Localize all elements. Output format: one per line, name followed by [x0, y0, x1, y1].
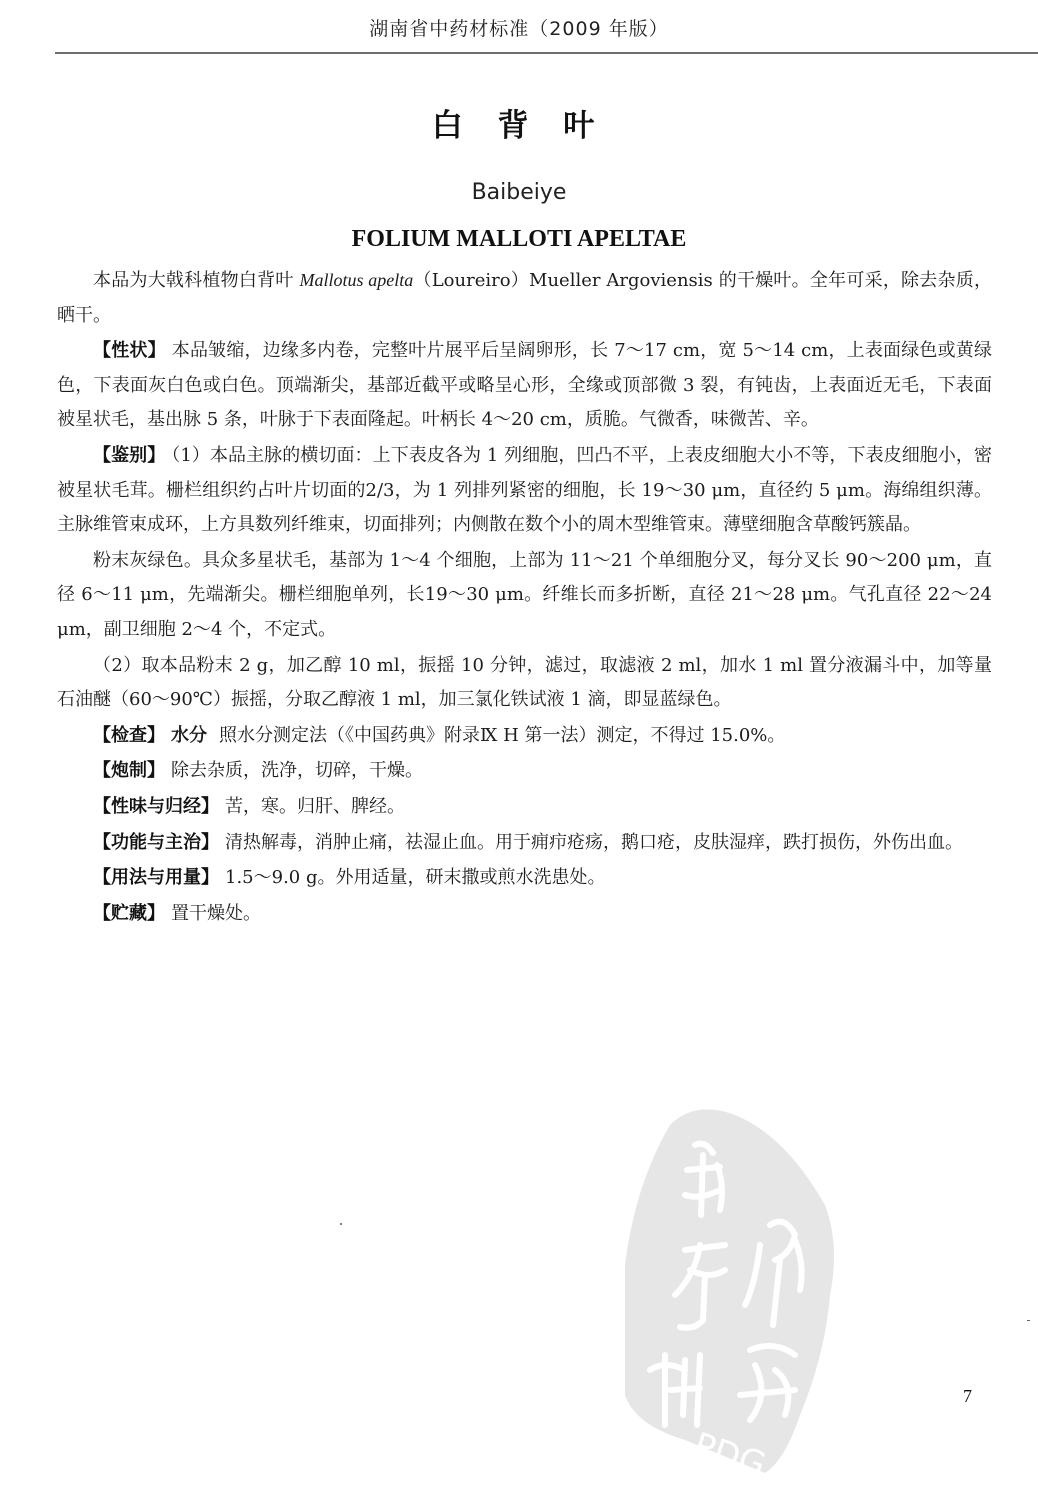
watermark-seal-icon: PDG — [625, 1095, 855, 1475]
intro-paragraph: 本品为大戟科植物白背叶 Mallotus apelta（Loureiro）Mue… — [57, 263, 992, 333]
subsection-label: 水分 — [171, 725, 207, 746]
section-text: 置干燥处。 — [171, 903, 261, 924]
section-inspection: 【检查】水分照水分测定法（《中国药典》附录Ⅸ H 第一法）测定，不得过 15.0… — [57, 719, 992, 754]
section-functions: 【功能与主治】清热解毒，消肿止痛，祛湿止血。用于痈疖疮疡，鹅口疮，皮肤湿痒，跌打… — [57, 826, 992, 861]
section-text: （1）本品主脉的横切面：上下表皮各为 1 列细胞，凹凸不平，上表皮细胞大小不等，… — [57, 445, 992, 535]
section-text: 清热解毒，消肿止痛，祛湿止血。用于痈疖疮疡，鹅口疮，皮肤湿痒，跌打损伤，外伤出血… — [225, 832, 963, 853]
section-text: 本品皱缩，边缘多内卷，完整叶片展平后呈阔卵形，长 7～17 cm，宽 5～14 … — [57, 340, 992, 430]
section-label: 【检查】 — [93, 725, 165, 746]
monograph-title: 白 背 叶 — [0, 100, 1038, 145]
intro-text: 本品为大戟科植物白背叶 — [93, 270, 300, 291]
section-label: 【贮藏】 — [93, 903, 165, 924]
section-label: 【用法与用量】 — [93, 867, 219, 888]
section-text: 1.5～9.0 g。外用适量，研末撒或煎水洗患处。 — [225, 867, 606, 888]
section-label: 【功能与主治】 — [93, 832, 219, 853]
monograph-pinyin: Baibeiye — [0, 180, 1038, 205]
running-head: 湖南省中药材标准（2009 年版） — [0, 14, 1038, 41]
section-storage: 【贮藏】置干燥处。 — [57, 897, 992, 932]
section-label: 【炮制】 — [93, 760, 165, 781]
section-text: 除去杂质，洗净，切碎，干燥。 — [171, 760, 423, 781]
section-nature-meridian: 【性味与归经】苦，寒。归肝、脾经。 — [57, 790, 992, 825]
identification-powder: 粉末灰绿色。具众多星状毛，基部为 1～4 个细胞，上部为 11～21 个单细胞分… — [57, 544, 992, 648]
monograph-latin-name: FOLIUM MALLOTI APELTAE — [0, 226, 1038, 253]
section-label: 【性味与归经】 — [93, 796, 219, 817]
section-text: 照水分测定法（《中国药典》附录Ⅸ H 第一法）测定，不得过 15.0%。 — [219, 725, 785, 746]
species-name: Mallotus apelta — [300, 270, 414, 290]
section-label: 【鉴别】 — [93, 445, 165, 466]
monograph-body: 本品为大戟科植物白背叶 Mallotus apelta（Loureiro）Mue… — [57, 263, 992, 932]
scan-speck — [340, 1223, 342, 1225]
scan-speck — [1027, 1320, 1030, 1321]
section-dosage: 【用法与用量】1.5～9.0 g。外用适量，研末撒或煎水洗患处。 — [57, 861, 992, 896]
identification-test: （2）取本品粉末 2 g，加乙醇 10 ml，振摇 10 分钟，滤过，取滤液 2… — [57, 649, 992, 718]
section-label: 【性状】 — [93, 340, 166, 361]
section-text: 苦，寒。归肝、脾经。 — [225, 796, 405, 817]
header-rule — [55, 52, 1038, 54]
section-processing: 【炮制】除去杂质，洗净，切碎，干燥。 — [57, 754, 992, 789]
section-identification: 【鉴别】（1）本品主脉的横切面：上下表皮各为 1 列细胞，凹凸不平，上表皮细胞大… — [57, 439, 992, 543]
section-characters: 【性状】本品皱缩，边缘多内卷，完整叶片展平后呈阔卵形，长 7～17 cm，宽 5… — [57, 334, 992, 438]
page-number: 7 — [963, 1386, 972, 1407]
